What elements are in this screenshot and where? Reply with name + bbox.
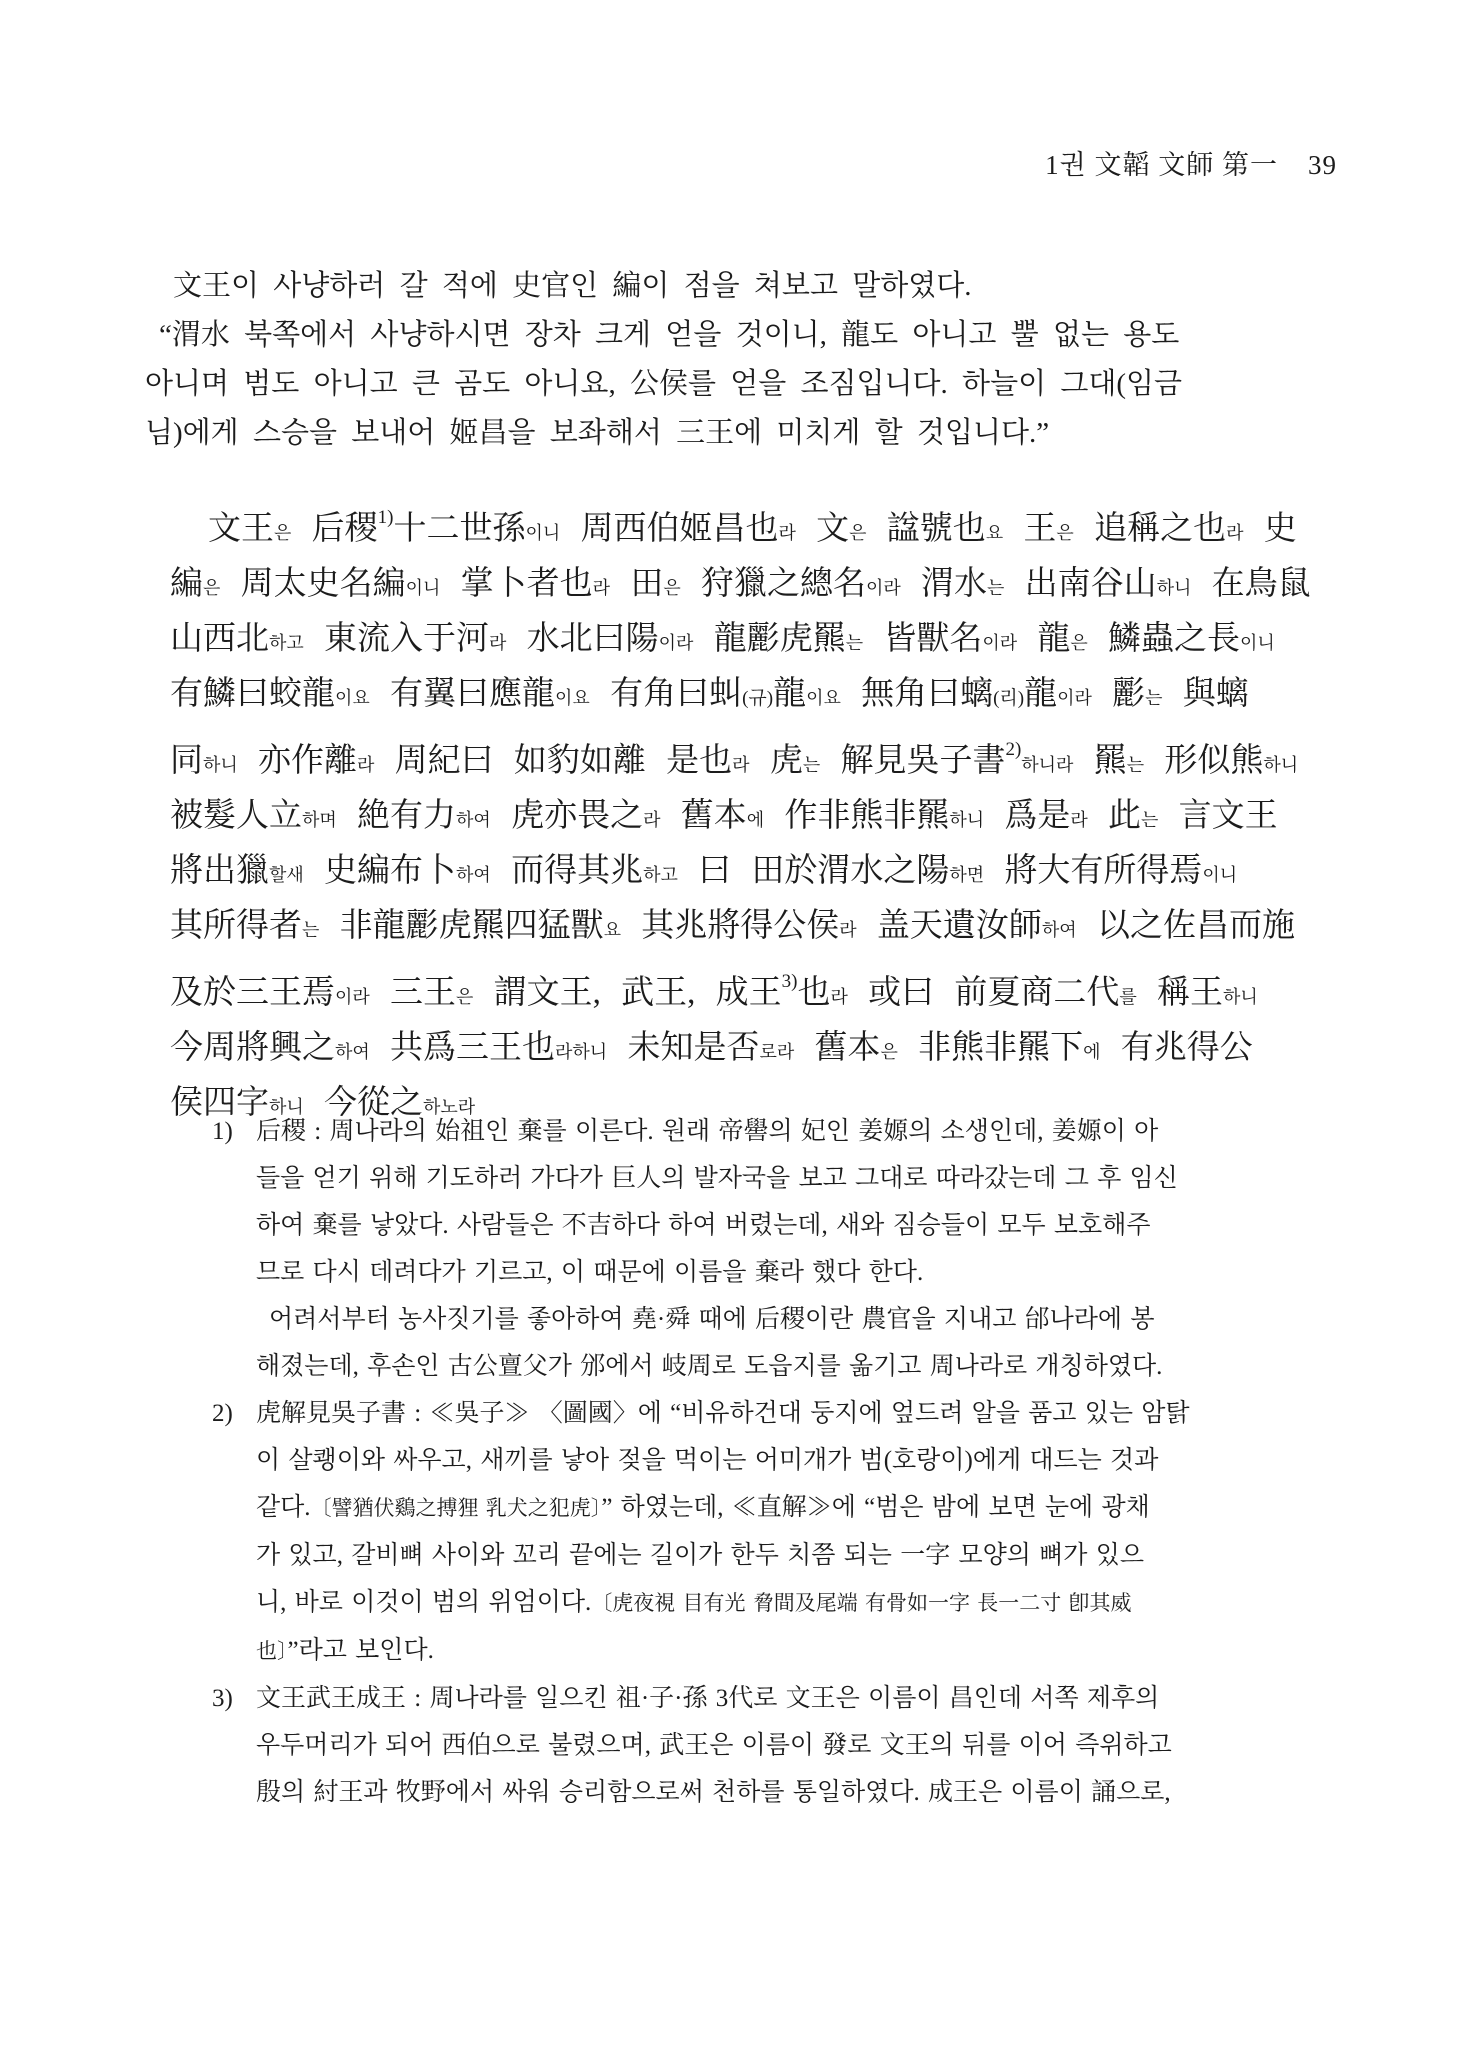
footnote-ref: 3) — [782, 971, 798, 992]
text-segment: “渭水 북쪽에서 사냥하시면 장차 크게 얻을 것이니, 龍도 아니고 뿔 없는… — [159, 319, 1179, 351]
footnote-line: 殷의 紂王과 牧野에서 싸워 승리함으로써 천하를 통일하였다. 成王은 이름이… — [212, 1769, 1347, 1816]
text-segment: 아니며 범도 아니고 큰 곰도 아니요, 公侯를 얻을 조짐입니다. 하늘이 그… — [145, 368, 1182, 400]
text-segment: 彲 — [1092, 676, 1145, 712]
text-segment: 하니 — [1263, 755, 1298, 775]
text-segment: 龍彲虎羆 — [693, 621, 845, 657]
text-segment: 舊本 — [660, 798, 746, 834]
text-segment: 므로 다시 데려다가 기르고, 이 때문에 이름을 棄라 했다 한다. — [256, 1259, 923, 1286]
text-segment: (리) — [993, 688, 1024, 709]
page-number: 39 — [1308, 150, 1337, 180]
text-segment: 이라 — [335, 987, 370, 1007]
text-segment: 謂文王, 武王, 成王 — [473, 975, 781, 1011]
text-segment: 는 — [302, 920, 319, 940]
footnote-line: 므로 다시 데려다가 기르고, 이 때문에 이름을 棄라 했다 한다. — [212, 1249, 1347, 1296]
commentary-line: 其所得者는 非龍彲虎羆四猛獸요 其兆將得公侯라 盖天遺汝師하여 以之佐昌而施 — [170, 901, 1410, 956]
text-segment: 其所得者 — [170, 908, 302, 944]
text-segment: 이요 — [806, 688, 841, 708]
text-segment: 요 — [604, 920, 621, 940]
text-segment: 龍 — [1024, 676, 1057, 712]
text-segment: 님)에게 스승을 보내어 姬昌을 보좌해서 三王에 미치게 할 것입니다.” — [145, 417, 1049, 449]
text-segment: 掌卜者也 — [440, 566, 592, 602]
footnote-line: 이 살쾡이와 싸우고, 새끼를 낳아 젖을 먹이는 어미개가 범(호랑이)에게 … — [212, 1437, 1347, 1484]
translation-line: “渭水 북쪽에서 사냥하시면 장차 크게 얻을 것이니, 龍도 아니고 뿔 없는… — [145, 311, 1341, 360]
commentary-line: 有鱗曰蛟龍이요 有翼曰應龍이요 有角曰虯(규)龍이요 無角曰螭(리)龍이라 彲는… — [170, 669, 1410, 724]
translation-line: 文王이 사냥하러 갈 적에 史官인 編이 점을 쳐보고 말하였다. — [145, 262, 1341, 311]
text-segment: 하니 — [949, 810, 984, 830]
text-segment: 하고 — [269, 633, 304, 653]
text-segment: 하며 — [302, 810, 337, 830]
text-segment: 는 — [1145, 688, 1162, 708]
text-segment: 은 — [663, 578, 680, 598]
footnote-line: 2)虎解見吳子書 : ≪吳子≫ 〈圖國〉에 “비유하건대 둥지에 엎드려 알을 … — [212, 1390, 1347, 1437]
text-segment: 追稱之也 — [1074, 511, 1226, 547]
translation-line: 님)에게 스승을 보내어 姬昌을 보좌해서 三王에 미치게 할 것입니다.” — [145, 409, 1341, 458]
commentary-block: 文王은 后稷1)十二世孫이니 周西伯姬昌也라 文은 諡號也요 王은 追稱之也라 … — [170, 492, 1410, 1133]
text-segment: 하고 — [643, 865, 678, 885]
text-segment: 共爲三王也 — [370, 1030, 555, 1066]
text-segment: 는 — [987, 578, 1004, 598]
text-segment: 하여 — [456, 810, 491, 830]
text-segment: 은 — [880, 1042, 897, 1062]
text-segment: 로라 — [759, 1042, 794, 1062]
text-segment: 은 — [203, 578, 220, 598]
text-segment: 羆 — [1073, 743, 1126, 779]
text-segment: 은 — [274, 523, 291, 543]
footnote-line: 1)后稷 : 周나라의 始祖인 棄를 이른다. 원래 帝嚳의 妃인 姜嫄의 소생… — [212, 1108, 1347, 1155]
text-segment: 하니라 — [1021, 755, 1073, 775]
translation-block: 文王이 사냥하러 갈 적에 史官인 編이 점을 쳐보고 말하였다.“渭水 북쪽에… — [145, 262, 1341, 458]
text-segment: ” 하였는데, ≪直解≫에 “범은 밤에 보면 눈에 광채 — [601, 1494, 1149, 1521]
text-segment: 狩獵之總名 — [681, 566, 866, 602]
text-segment: 今周將興之 — [170, 1030, 335, 1066]
text-segment: 王 — [1003, 511, 1056, 547]
text-segment: 編 — [170, 566, 203, 602]
text-segment: 는 — [1127, 755, 1144, 775]
text-segment: 后稷 : 周나라의 始祖인 棄를 이른다. 원래 帝嚳의 妃인 姜嫄의 소생인데… — [256, 1118, 1158, 1145]
text-segment: 라 — [831, 987, 848, 1007]
footnote-line: 3)文王武王成王 : 周나라를 일으킨 祖·子·孫 3代로 文王은 이름이 昌인… — [212, 1675, 1347, 1722]
text-segment: 은 — [1070, 633, 1087, 653]
text-segment: 史編布卜 — [304, 853, 456, 889]
text-segment: 爲是 — [984, 798, 1070, 834]
text-segment: 十二世孫 — [393, 511, 525, 547]
text-segment: 니, 바로 이것이 범의 위엄이다. — [256, 1589, 591, 1616]
text-segment: 其兆將得公侯 — [621, 908, 839, 944]
text-segment: 라 — [779, 523, 796, 543]
text-segment: 이요 — [555, 688, 590, 708]
text-segment: 也〕 — [256, 1639, 288, 1663]
text-segment: 未知是否 — [607, 1030, 759, 1066]
text-segment: 라 — [1226, 523, 1243, 543]
text-segment: 有兆得公 — [1101, 1030, 1253, 1066]
text-segment: 하니 — [1223, 987, 1258, 1007]
footnote-line: 해졌는데, 후손인 古公亶父가 邠에서 岐周로 도읍지를 옮기고 周나라로 개칭… — [212, 1343, 1347, 1390]
text-segment: 而得其兆 — [491, 853, 643, 889]
text-segment: 에 — [1083, 1042, 1100, 1062]
text-segment: 우두머리가 되어 西伯으로 불렸으며, 武王은 이름이 發로 文王의 뒤를 이어… — [256, 1732, 1172, 1759]
text-segment: 같다. — [256, 1494, 311, 1521]
text-segment: 하면 — [949, 865, 984, 885]
text-segment: 出南谷山 — [1004, 566, 1156, 602]
text-segment: 以之佐昌而施 — [1077, 908, 1295, 944]
text-segment: 할새 — [269, 865, 304, 885]
text-segment: 라 — [1070, 810, 1087, 830]
text-segment: 라 — [732, 755, 749, 775]
text-segment: 文王 — [208, 511, 274, 547]
text-segment: 文 — [796, 511, 849, 547]
text-segment: 이라 — [866, 578, 901, 598]
footnote-line: 우두머리가 되어 西伯으로 불렸으며, 武王은 이름이 發로 文王의 뒤를 이어… — [212, 1722, 1347, 1769]
text-segment: 들을 얻기 위해 기도하러 가다가 巨人의 발자국을 보고 그대로 따라갔는데 … — [256, 1165, 1178, 1192]
commentary-line: 山西北하고 東流入于河라 水北曰陽이라 龍彲虎羆는 皆獸名이라 龍은 鱗蟲之長이… — [170, 614, 1410, 669]
text-segment: 諡號也 — [867, 511, 986, 547]
text-segment: 라 — [593, 578, 610, 598]
text-segment: 이니 — [525, 523, 560, 543]
footnote-marker: 3) — [212, 1675, 256, 1722]
footnote-ref: 1) — [378, 507, 394, 528]
text-segment: 文王武王成王 : 周나라를 일으킨 祖·子·孫 3代로 文王은 이름이 昌인데 … — [256, 1685, 1159, 1712]
text-segment: 與螭 — [1163, 676, 1249, 712]
text-segment: 有翼曰應龍 — [370, 676, 555, 712]
footnote-ref: 2) — [1005, 739, 1021, 760]
text-segment: 하니 — [1157, 578, 1192, 598]
footnote-line: 하여 棄를 낳았다. 사람들은 不吉하다 하여 버렸는데, 새와 짐승들이 모두… — [212, 1202, 1347, 1249]
text-segment: 가 있고, 갈비뼈 사이와 꼬리 끝에는 길이가 한두 치쯤 되는 一字 모양의… — [256, 1542, 1144, 1569]
text-segment: 皆獸名 — [863, 621, 982, 657]
text-segment: 山西北 — [170, 621, 269, 657]
text-segment: 하여 — [1042, 920, 1077, 940]
text-segment: 龍 — [1017, 621, 1070, 657]
text-segment: 하니 — [203, 755, 238, 775]
text-segment: 曰 田於渭水之陽 — [678, 853, 950, 889]
text-segment: 在鳥鼠 — [1191, 566, 1310, 602]
text-segment: 文王이 사냥하러 갈 적에 史官인 編이 점을 쳐보고 말하였다. — [173, 270, 972, 302]
text-segment: 殷의 紂王과 牧野에서 싸워 승리함으로써 천하를 통일하였다. 成王은 이름이… — [256, 1779, 1171, 1806]
text-segment: 言文王 — [1158, 798, 1277, 834]
page-header: 1권 文韜 文師 第一39 — [145, 148, 1337, 182]
footnotes-block: 1)后稷 : 周나라의 始祖인 棄를 이른다. 원래 帝嚳의 妃인 姜嫄의 소생… — [212, 1108, 1347, 1816]
text-segment: 同 — [170, 743, 203, 779]
text-segment: 은 — [1056, 523, 1073, 543]
text-segment: 이라 — [982, 633, 1017, 653]
text-segment: 은 — [849, 523, 866, 543]
text-segment: 는 — [1141, 810, 1158, 830]
footnote-line: 같다.〔譬猶伏鷄之搏狸 乳犬之犯虎〕” 하였는데, ≪直解≫에 “범은 밤에 보… — [212, 1484, 1347, 1532]
text-segment: 이 살쾡이와 싸우고, 새끼를 낳아 젖을 먹이는 어미개가 범(호랑이)에게 … — [256, 1447, 1158, 1474]
text-segment: 에 — [747, 810, 764, 830]
text-segment: 非熊非羆下 — [898, 1030, 1083, 1066]
text-segment: 는 — [803, 755, 820, 775]
text-segment: 이니 — [1240, 633, 1275, 653]
text-segment: 被髮人立 — [170, 798, 302, 834]
document-page: 1권 文韜 文師 第一39 文王이 사냥하러 갈 적에 史官인 編이 점을 쳐보… — [0, 0, 1481, 2047]
translation-line: 아니며 범도 아니고 큰 곰도 아니요, 公侯를 얻을 조짐입니다. 하늘이 그… — [145, 360, 1341, 409]
footnote-line: 니, 바로 이것이 범의 위엄이다.〔虎夜視 目有光 脅間及尾端 有骨如一字 長… — [212, 1579, 1347, 1627]
text-segment: 將大有所得焉 — [984, 853, 1202, 889]
text-segment: 어려서부터 농사짓기를 좋아하여 堯·舜 때에 后稷이란 農官을 지내고 邰나라… — [269, 1306, 1154, 1333]
text-segment: 有鱗曰蛟龍 — [170, 676, 335, 712]
text-segment: 라 — [489, 633, 506, 653]
text-segment: 非龍彲虎羆四猛獸 — [319, 908, 603, 944]
text-segment: 하여 — [456, 865, 491, 885]
text-segment: 이요 — [335, 688, 370, 708]
text-segment: 龍 — [773, 676, 806, 712]
text-segment: 해졌는데, 후손인 古公亶父가 邠에서 岐周로 도읍지를 옮기고 周나라로 개칭… — [256, 1353, 1162, 1380]
text-segment: 盖天遺汝師 — [857, 908, 1042, 944]
text-segment: 虎解見吳子書 : ≪吳子≫ 〈圖國〉에 “비유하건대 둥지에 엎드려 알을 품고… — [256, 1400, 1190, 1427]
commentary-line: 被髮人立하며 絶有力하여 虎亦畏之라 舊本에 作非熊非羆하니 爲是라 此는 言文… — [170, 791, 1410, 846]
text-segment: 는 — [846, 633, 863, 653]
text-segment: 后稷 — [291, 511, 377, 547]
footnote-line: 가 있고, 갈비뼈 사이와 꼬리 끝에는 길이가 한두 치쯤 되는 一字 모양의… — [212, 1532, 1347, 1579]
text-segment: 라 — [643, 810, 660, 830]
text-segment: 將出獵 — [170, 853, 269, 889]
text-segment: 鱗蟲之長 — [1088, 621, 1240, 657]
text-segment: 作非熊非羆 — [764, 798, 949, 834]
text-segment: 은 — [456, 987, 473, 1007]
text-segment: 渭水 — [901, 566, 987, 602]
text-segment: 解見吳子書 — [820, 743, 1005, 779]
footnote-line: 들을 얻기 위해 기도하러 가다가 巨人의 발자국을 보고 그대로 따라갔는데 … — [212, 1155, 1347, 1202]
text-segment: 三王 — [370, 975, 456, 1011]
text-segment: 東流入于河 — [304, 621, 489, 657]
text-segment: 〔虎夜視 目有光 脅間及尾端 有骨如一字 長一二寸 卽其威 — [591, 1591, 1131, 1615]
footnote-line: 也〕”라고 보인다. — [212, 1627, 1347, 1675]
commentary-line: 編은 周太史名編이니 掌卜者也라 田은 狩獵之總名이라 渭水는 出南谷山하니 在… — [170, 559, 1410, 614]
text-segment: 及於三王焉 — [170, 975, 335, 1011]
text-segment: 하여 — [335, 1042, 370, 1062]
text-segment: 史 — [1243, 511, 1296, 547]
text-segment: 이라 — [659, 633, 694, 653]
text-segment: 요 — [986, 523, 1003, 543]
text-segment: (규) — [742, 688, 773, 709]
commentary-line: 將出獵할새 史編布卜하여 而得其兆하고 曰 田於渭水之陽하면 將大有所得焉이니 — [170, 846, 1410, 901]
commentary-line: 同하니 亦作離라 周紀曰 如豹如離 是也라 虎는 解見吳子書2)하니라 羆는 形… — [170, 724, 1410, 791]
text-segment: 水北曰陽 — [506, 621, 658, 657]
text-segment: 虎 — [750, 743, 803, 779]
footnote-line: 어려서부터 농사짓기를 좋아하여 堯·舜 때에 后稷이란 農官을 지내고 邰나라… — [212, 1296, 1347, 1343]
text-segment: 이라 — [1057, 688, 1092, 708]
text-segment: 絶有力 — [337, 798, 456, 834]
text-segment: 라 — [839, 920, 856, 940]
text-segment: 虎亦畏之 — [491, 798, 643, 834]
text-segment: 라 — [357, 755, 374, 775]
text-segment: 稱王 — [1137, 975, 1223, 1011]
text-segment: 이니 — [1202, 865, 1237, 885]
text-segment: 形似熊 — [1144, 743, 1263, 779]
text-segment: 也 — [798, 975, 831, 1011]
text-segment: 周紀曰 如豹如離 是也 — [374, 743, 732, 779]
text-segment: 有角曰虯 — [590, 676, 742, 712]
commentary-line: 及於三王焉이라 三王은 謂文王, 武王, 成王3)也라 或曰 前夏商二代를 稱王… — [170, 956, 1410, 1023]
text-segment: 周太史名編 — [220, 566, 405, 602]
footnote-marker: 2) — [212, 1390, 256, 1437]
text-segment: 舊本 — [794, 1030, 880, 1066]
text-segment: 〔譬猶伏鷄之搏狸 乳犬之犯虎〕 — [311, 1496, 602, 1520]
commentary-line: 文王은 后稷1)十二世孫이니 周西伯姬昌也라 文은 諡號也요 王은 追稱之也라 … — [170, 492, 1410, 559]
commentary-line: 今周將興之하여 共爲三王也라하니 未知是否로라 舊本은 非熊非羆下에 有兆得公 — [170, 1023, 1410, 1078]
text-segment: 이니 — [406, 578, 441, 598]
text-segment: 하여 棄를 낳았다. 사람들은 不吉하다 하여 버렸는데, 새와 짐승들이 모두… — [256, 1212, 1151, 1239]
text-segment: 亦作離 — [238, 743, 357, 779]
text-segment: 周西伯姬昌也 — [560, 511, 778, 547]
text-segment: 無角曰螭 — [841, 676, 993, 712]
text-segment: 를 — [1119, 987, 1136, 1007]
text-segment: 라하니 — [555, 1042, 607, 1062]
footnote-marker: 1) — [212, 1108, 256, 1155]
text-segment: 此 — [1088, 798, 1141, 834]
text-segment: 田 — [610, 566, 663, 602]
chapter-title: 1권 文韜 文師 第一 — [1045, 150, 1278, 180]
text-segment: 或曰 前夏商二代 — [848, 975, 1120, 1011]
text-segment: ”라고 보인다. — [288, 1637, 434, 1664]
